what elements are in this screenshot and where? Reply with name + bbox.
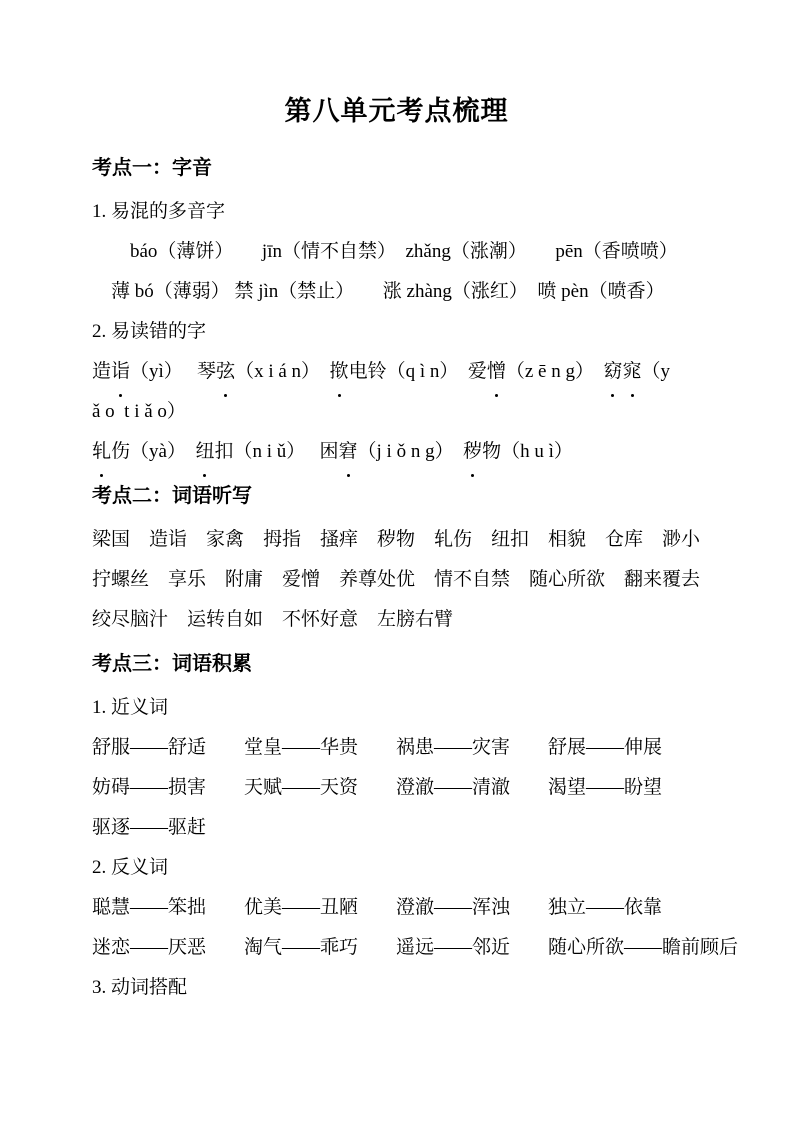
- emphasis-dot-char: 窕: [623, 352, 642, 392]
- emphasis-dot-char: 秽: [463, 432, 482, 472]
- emphasis-dot-char: 窘: [339, 432, 358, 472]
- text-line: 聪慧——笨拙 优美——丑陋 澄澈——浑浊 独立——依靠: [92, 888, 705, 928]
- text-line: 造诣（yì） 琴弦（x i á n） 揿电铃（q ì n） 爱憎（z ē n g…: [92, 352, 705, 392]
- emphasis-dot-char: 诣: [111, 352, 130, 392]
- emphasis-dot-char: 憎: [487, 352, 506, 392]
- emphasis-dot-char: 窈: [603, 352, 622, 392]
- text-line: 1. 近义词: [92, 688, 705, 728]
- emphasis-dot-char: 弦: [216, 352, 235, 392]
- emphasis-dot-char: 纽: [195, 432, 214, 472]
- text-line: 1. 易混的多音字: [92, 192, 705, 232]
- section-heading: 考点三：词语积累: [92, 644, 705, 684]
- section-heading: 考点一：字音: [92, 148, 705, 188]
- section-heading: 考点二：词语听写: [92, 476, 705, 516]
- emphasis-dot-char: 轧: [92, 432, 111, 472]
- text-line: 绞尽脑汁 运转自如 不怀好意 左膀右臂: [92, 600, 705, 640]
- document-page: 第八单元考点梳理 考点一：字音1. 易混的多音字 báo（薄饼） jīn（情不自…: [0, 0, 793, 1122]
- text-line: 拧螺丝 享乐 附庸 爱憎 养尊处优 情不自禁 随心所欲 翻来覆去: [92, 560, 705, 600]
- text-line: 薄 bó（薄弱） 禁 jìn（禁止） 涨 zhàng（涨红） 喷 pèn（喷香）: [92, 272, 705, 312]
- text-line: 2. 反义词: [92, 848, 705, 888]
- text-line: 舒服——舒适 堂皇——华贵 祸患——灾害 舒展——伸展: [92, 728, 705, 768]
- emphasis-dot-char: 揿: [330, 352, 349, 392]
- document-title: 第八单元考点梳理: [0, 96, 793, 126]
- text-line: 妨碍——损害 天赋——天资 澄澈——清澈 渴望——盼望: [92, 768, 705, 808]
- text-line: 轧伤（yà） 纽扣（n i ǔ） 困窘（j i ǒ n g） 秽物（h u ì）: [92, 432, 705, 472]
- text-line: 驱逐——驱赶: [92, 808, 705, 848]
- text-line: báo（薄饼） jīn（情不自禁） zhǎng（涨潮） pēn（香喷喷）: [92, 232, 705, 272]
- text-line: 迷恋——厌恶 淘气——乖巧 遥远——邻近 随心所欲——瞻前顾后: [92, 928, 705, 968]
- text-line: 3. 动词搭配: [92, 968, 705, 1008]
- text-line: ǎ o t i ǎ o）: [92, 392, 705, 432]
- document-body: 考点一：字音1. 易混的多音字 báo（薄饼） jīn（情不自禁） zhǎng（…: [92, 148, 705, 1008]
- text-line: 梁国 造诣 家禽 拇指 搔痒 秽物 轧伤 纽扣 相貌 仓库 渺小: [92, 520, 705, 560]
- text-line: 2. 易读错的字: [92, 312, 705, 352]
